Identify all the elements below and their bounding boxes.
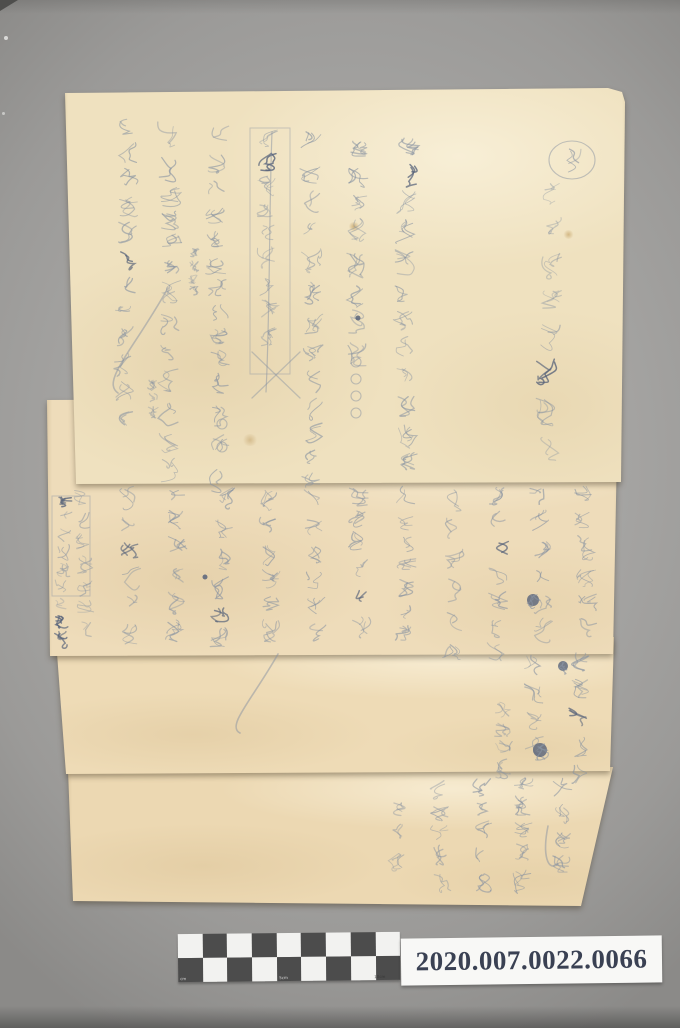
scale-square xyxy=(375,932,400,956)
scale-square xyxy=(301,957,326,981)
scale-square xyxy=(277,933,302,957)
photo-corner-artifact xyxy=(0,0,18,11)
foxing-stain xyxy=(242,434,258,446)
manuscript-sheet-1 xyxy=(60,84,630,486)
scale-square xyxy=(252,957,277,981)
catalog-number-text: 2020.007.0022.0066 xyxy=(415,944,647,978)
scale-square xyxy=(202,934,227,958)
scale-square xyxy=(351,932,376,956)
foxing-stain xyxy=(563,230,574,239)
scale-square xyxy=(252,933,277,957)
photo-stage: cm5cm10cm 2020.007.0022.0066 xyxy=(0,0,680,1028)
catalog-number-label: 2020.007.0022.0066 xyxy=(401,935,663,985)
paper-surface xyxy=(64,762,618,910)
scale-square xyxy=(326,932,351,956)
scale-tick-label: 5cm xyxy=(279,976,288,980)
manuscript-sheet-4 xyxy=(64,762,618,910)
scale-tick-label: cm xyxy=(180,977,186,981)
scale-square xyxy=(227,933,252,957)
scale-square xyxy=(178,934,203,958)
foxing-stain xyxy=(348,222,360,231)
scale-square xyxy=(203,958,228,982)
photo-scale-bar: cm5cm10cm xyxy=(178,932,401,982)
scale-square xyxy=(301,933,326,957)
paper-surface xyxy=(60,84,630,486)
scale-square xyxy=(326,956,351,980)
scale-tick-label: 10cm xyxy=(374,975,385,979)
scale-square xyxy=(227,957,252,981)
dust-speck xyxy=(4,36,8,40)
scale-square xyxy=(351,956,376,980)
dust-speck xyxy=(2,112,5,115)
